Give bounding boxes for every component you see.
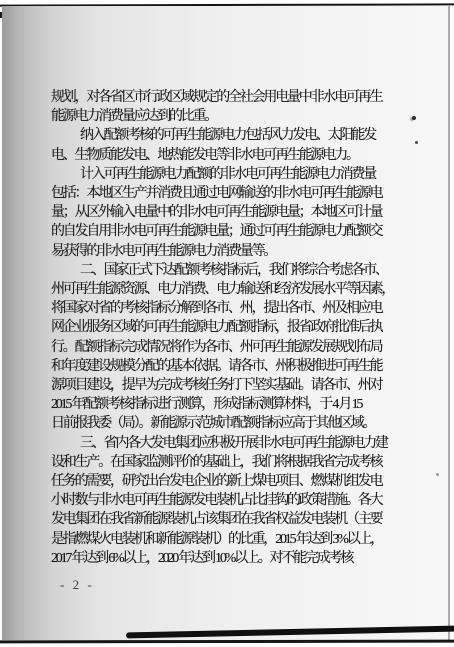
text-line: 的自发自用非水电可再生能源电量；通过可再生能源电力配额交 <box>51 222 396 241</box>
text-line: 三、省内各大发电集团应积极开展非水电可再生能源电力建 <box>51 434 396 453</box>
scan-bottom-edge-line <box>0 640 454 643</box>
text-line: 2017 年达到 6%以上，2020 年达到 10%以上。对不能完成考核 <box>51 549 396 568</box>
scan-speck <box>412 116 416 120</box>
text-line: 任务的需要，研究出台发电企业的新上煤电项目、燃煤机组发电 <box>51 472 396 491</box>
text-line: 将国家对省的考核指标分解到各市、州，提出各市、州及相应电 <box>51 299 396 318</box>
text-line: 二、国家正式下达配额考核指标后，我们将综合考虑各市、 <box>51 261 396 280</box>
text-line: 网企业服务区域的可再生能源电力配额指标，报省政府批准后执 <box>51 318 396 337</box>
text-line: 是指燃煤火电装机和新能源装机）的比重，2015 年达到 3%以上， <box>51 530 396 549</box>
text-line: 计入可再生能源电力配额的非水电可再生能源电力消费量 <box>51 165 396 184</box>
text-line: 电、生物质能发电、地热能发电等非水电可再生能源电力。 <box>51 146 396 165</box>
text-line: 和年度建设规模分配的基本依据。请各市、州积极推进可再生能 <box>51 357 396 376</box>
text-line: 纳入配额考核的可再生能源电力包括风力发电、太阳能发 <box>51 126 396 145</box>
text-line: 规划，对各省区市行政区域规定的全社会用电量中非水电可再生 <box>51 88 396 107</box>
scan-speck <box>415 141 418 144</box>
text-line: 小时数与非水电可再生能源发电装机占比挂钩的政策措施。各大 <box>51 491 396 510</box>
text-line: 日前报我委（局）。新能源示范城市配额指标应高于其他区域。 <box>51 414 396 433</box>
text-line: 量；从区外输入电量中的非水电可再生能源电量；本地区可计量 <box>51 203 396 222</box>
text-line: 2015 年配额考核指标进行测算，形成指标测算材料，于 4 月 15 <box>51 395 396 414</box>
page-number: - 2 - <box>60 577 94 593</box>
scanned-document: 规划，对各省区市行政区域规定的全社会用电量中非水电可再生能源电力消费量应达到的比… <box>0 0 454 647</box>
text-line: 行。配额指标完成情况将作为各市、州可再生能源发展规划布局 <box>51 338 396 357</box>
text-line: 州可再生能源资源、电力消费、电力输送和经济发展水平等因素， <box>51 280 396 299</box>
document-body: 规划，对各省区市行政区域规定的全社会用电量中非水电可再生能源电力消费量应达到的比… <box>51 88 396 568</box>
text-line: 易获得的非水电可再生能源电力消费量等。 <box>51 242 396 261</box>
text-line: 设和生产。在国家监测评价的基础上，我们将根据我省完成考核 <box>51 453 396 472</box>
document-page: 规划，对各省区市行政区域规定的全社会用电量中非水电可再生能源电力消费量应达到的比… <box>2 6 450 640</box>
text-line: 源项目建设，提早为完成考核任务打下坚实基础。请各市、州对 <box>51 376 396 395</box>
text-line: 能源电力消费量应达到的比重。 <box>51 107 396 126</box>
text-line: 包括：本地区生产并消费且通过电网输送的非水电可再生能源电 <box>51 184 396 203</box>
scan-speck <box>436 473 439 476</box>
text-line: 发电集团在我省新能源装机占该集团在我省权益发电装机（主要 <box>51 510 396 529</box>
